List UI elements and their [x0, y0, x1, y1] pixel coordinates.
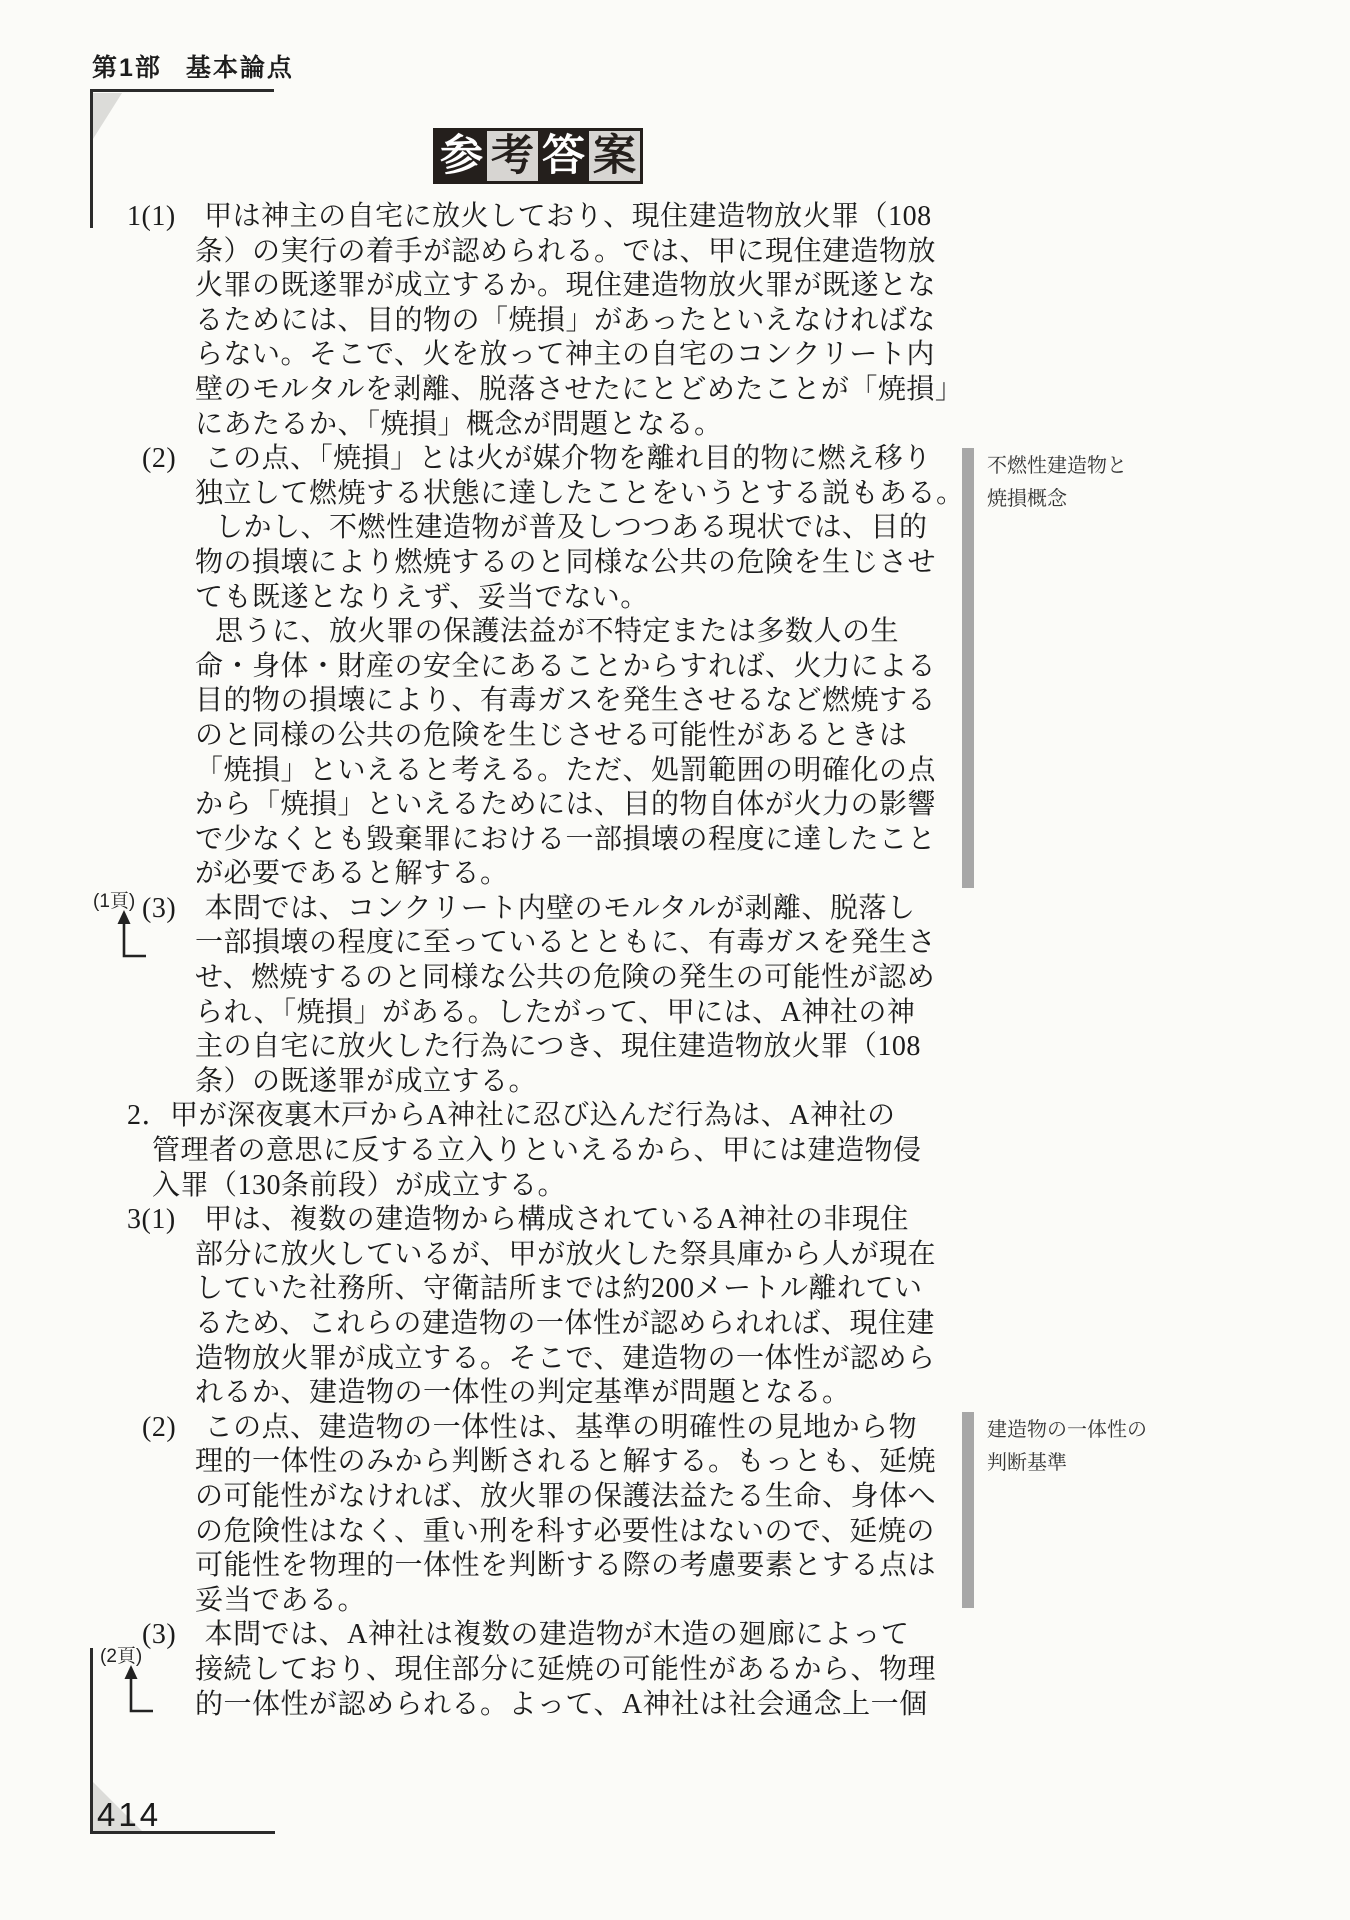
- body-line: が必要であると解する。: [195, 857, 927, 892]
- header-rule: [90, 89, 274, 92]
- top-corner-triangle: [93, 93, 122, 139]
- page2-marker-label: (2頁): [100, 1646, 142, 1667]
- body-line: から「焼損」といえるためには、目的物自体が火力の影響: [195, 788, 927, 823]
- body-line: らない。そこで、火を放って神主の自宅のコンクリート内: [195, 338, 927, 373]
- body-line: 1(1) 甲は神主の自宅に放火しており、現住建造物放火罪（108: [127, 200, 927, 235]
- book-page: 第1部基本論点 参 考 答 案 1(1) 甲は神主の自宅に放火しており、現住建造…: [0, 0, 1350, 1920]
- body-line: 「焼損」といえると考える。ただ、処罰範囲の明確化の点: [195, 754, 927, 789]
- body-line: 条）の実行の着手が認められる。では、甲に現住建造物放: [195, 235, 927, 270]
- title-char-4: 案: [589, 131, 640, 181]
- body-line: 造物放火罪が成立する。そこで、建造物の一体性が認めら: [195, 1342, 927, 1377]
- body-line: にあたるか、「焼損」概念が問題となる。: [195, 408, 927, 443]
- body-line: (2) この点、建造物の一体性は、基準の明確性の見地から物: [142, 1411, 927, 1446]
- body-line: で少なくとも毀棄罪における一部損壊の程度に達したこと: [195, 823, 927, 858]
- topic-bar: [962, 1412, 974, 1608]
- page2-arrow-icon: [120, 1665, 156, 1717]
- body-line: していた社務所、守衛詰所までは約200メートル離れてい: [195, 1272, 927, 1307]
- body-line: 的一体性が認められる。よって、A神社は社会通念上一個: [195, 1688, 927, 1723]
- body-line: 理的一体性のみから判断されると解する。もっとも、延焼: [195, 1445, 927, 1480]
- body-line: (3) 本問では、A神社は複数の建造物が木造の廻廊によって: [142, 1618, 927, 1653]
- body-line: 3(1) 甲は、複数の建造物から構成されているA神社の非現住: [127, 1203, 927, 1238]
- body-line: 目的物の損壊により、有毒ガスを発生させるなど燃焼する: [195, 684, 927, 719]
- body-line: 主の自宅に放火した行為につき、現住建造物放火罪（108: [195, 1030, 927, 1065]
- body-line: 命・身体・財産の安全にあることからすれば、火力による: [195, 650, 927, 685]
- body-line: 壁のモルタルを剥離、脱落させたにとどめたことが「焼損」: [195, 373, 927, 408]
- body-line: 2．甲が深夜裏木戸からA神社に忍び込んだ行為は、A神社の: [127, 1099, 927, 1134]
- page-number: 414: [97, 1796, 161, 1834]
- bottom-left-border: [90, 1648, 93, 1833]
- body-line: 一部損壊の程度に至っているとともに、有毒ガスを発生さ: [195, 926, 927, 961]
- body-line: 管理者の意思に反する立入りといえるから、甲には建造物侵: [152, 1134, 927, 1169]
- title-char-3: 答: [538, 131, 589, 181]
- page1-arrow-icon: [113, 910, 149, 962]
- part-title: 基本論点: [186, 54, 294, 82]
- body-line: せ、燃焼するのと同様な公共の危険の発生の可能性が認め: [195, 961, 927, 996]
- body-line: 可能性を物理的一体性を判断する際の考慮要素とする点は: [195, 1549, 927, 1584]
- title-char-2: 考: [487, 131, 538, 181]
- body-line: られ、「焼損」がある。したがって、甲には、A神社の神: [195, 996, 927, 1031]
- body-line: るためには、目的物の「焼損」があったといえなければな: [195, 304, 927, 339]
- body-line: 思うに、放火罪の保護法益が不特定または多数人の生: [215, 615, 927, 650]
- body-line: るため、これらの建造物の一体性が認められれば、現住建: [195, 1307, 927, 1342]
- page-header: 第1部基本論点: [92, 48, 294, 84]
- margin-note-text: 建造物の一体性の 判断基準: [987, 1414, 1147, 1480]
- margin-note-line: 不燃性建造物と: [987, 450, 1127, 483]
- body-line: のと同様の公共の危険を生じさせる可能性があるときは: [195, 719, 927, 754]
- body-line: 入罪（130条前段）が成立する。: [152, 1169, 927, 1204]
- body-line: 火罪の既遂罪が成立するか。現住建造物放火罪が既遂とな: [195, 269, 927, 304]
- top-left-border: [90, 90, 93, 228]
- body-line: 条）の既遂罪が成立する。: [195, 1065, 927, 1100]
- body-line: 妥当である。: [195, 1584, 927, 1619]
- answer-body-text: 1(1) 甲は神主の自宅に放火しており、現住建造物放火罪（108条）の実行の着手…: [127, 200, 927, 1722]
- body-line: 独立して燃焼する状態に達したことをいうとする説もある。: [195, 477, 927, 512]
- margin-note-line: 判断基準: [987, 1447, 1147, 1480]
- body-line: 接続しており、現住部分に延焼の可能性があるから、物理: [195, 1653, 927, 1688]
- margin-note-line: 建造物の一体性の: [987, 1414, 1147, 1447]
- margin-note-text: 不燃性建造物と 焼損概念: [987, 450, 1127, 516]
- body-line: 物の損壊により燃焼するのと同様な公共の危険を生じさせ: [195, 546, 927, 581]
- page1-marker: (1頁): [93, 886, 135, 913]
- page2-marker: (2頁): [100, 1641, 142, 1668]
- page1-marker-label: (1頁): [93, 891, 135, 912]
- body-line: ても既遂となりえず、妥当でない。: [195, 581, 927, 616]
- margin-note-line: 焼損概念: [987, 483, 1127, 516]
- title-char-1: 参: [436, 131, 487, 181]
- body-line: 部分に放火しているが、甲が放火した祭具庫から人が現在: [195, 1238, 927, 1273]
- body-line: の可能性がなければ、放火罪の保護法益たる生命、身体へ: [195, 1480, 927, 1515]
- body-line: れるか、建造物の一体性の判定基準が問題となる。: [195, 1376, 927, 1411]
- body-line: (2) この点、「焼損」とは火が媒介物を離れ目的物に燃え移り: [142, 442, 927, 477]
- section-title-sankou-touan: 参 考 答 案: [433, 128, 643, 184]
- body-line: の危険性はなく、重い刑を科す必要性はないので、延焼の: [195, 1515, 927, 1550]
- body-line: (3) 本問では、コンクリート内壁のモルタルが剥離、脱落し: [142, 892, 927, 927]
- body-line: しかし、不燃性建造物が普及しつつある現状では、目的: [215, 511, 927, 546]
- topic-bar: [962, 448, 974, 888]
- part-label: 第1部: [92, 54, 162, 82]
